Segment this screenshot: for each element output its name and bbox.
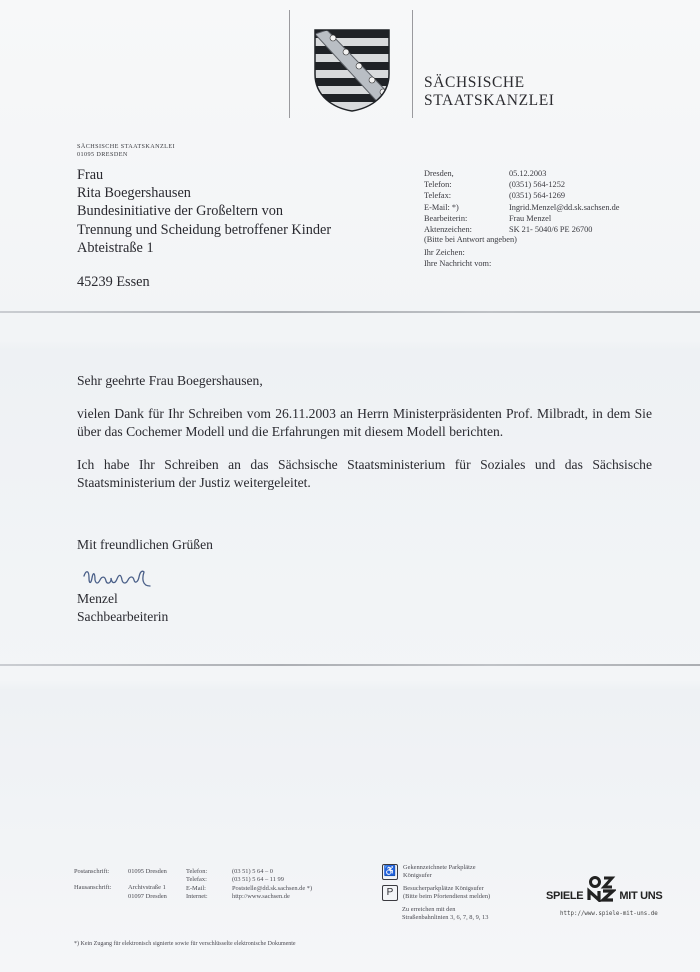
file-reference: SK 21- 5040/6 PE 26700 [509,224,592,235]
recipient-city: 45239 Essen [77,273,331,291]
parking-icon: P [382,885,398,901]
letter-body: Sehr geehrte Frau Boegershausen, vielen … [77,372,652,506]
recipient-org: Trennung und Scheidung betroffener Kinde… [77,221,331,239]
letter-salutation: Sehr geehrte Frau Boegershausen, [77,372,652,390]
authority-name: SÄCHSISCHE STAATSKANZLEI [424,74,555,110]
sender-return-address: Sächsische Staatskanzlei 01095 Dresden [77,143,175,158]
footer-email-link[interactable]: Poststelle@dd.sk.sachsen.de *) [232,885,312,893]
fold-line [0,311,700,313]
fold-line [0,664,700,666]
parking-info: ♿ Gekennzeichnete ParkplätzeKönigsufer P… [382,864,490,922]
recipient-salutation: Frau [77,166,331,184]
wheelchair-icon: ♿ [382,864,398,880]
closing: Mit freundlichen Grüßen [77,536,213,554]
handwritten-signature [80,566,160,592]
info-row: Bearbeiterin:Frau Menzel [424,213,619,224]
parking-item: ♿ Gekennzeichnete ParkplätzeKönigsufer [382,864,490,880]
letter-page: SÄCHSISCHE STAATSKANZLEI Sächsische Staa… [0,0,700,972]
info-row: Telefon:(0351) 564-1252 [424,179,619,190]
recipient-street: Abteistraße 1 [77,239,331,257]
signer-name: Menzel [77,590,168,608]
recipient-org: Bundesinitiative der Großeltern von [77,202,331,220]
info-row: Ihr Zeichen: [424,247,619,258]
footer-website-link[interactable]: http://www.sachsen.de [232,893,290,901]
footer-contacts: Telefon:(03 51) 5 64 – 0 Telefax:(03 51)… [186,868,312,902]
letter-date: 05.12.2003 [509,168,546,179]
info-row: Telefax:(0351) 564-1269 [424,190,619,201]
header-divider [412,10,413,118]
info-row: Dresden,05.12.2003 [424,168,619,179]
spiele-mit-uns-logo-icon [586,876,616,902]
footnote: *) Kein Zugang für elektronisch signiert… [74,940,296,948]
signer-title: Sachbearbeiterin [77,608,168,626]
footer-addresses: Postanschrift:01095 Dresden Hausanschrif… [74,868,167,901]
coat-of-arms-icon [313,28,391,112]
reference-info: Dresden,05.12.2003 Telefon:(0351) 564-12… [424,168,619,270]
reference-note: (Bitte bei Antwort angeben) [424,235,619,247]
signer-block: Menzel Sachbearbeiterin [77,590,168,626]
header-divider [289,10,290,118]
info-row: Aktenzeichen:SK 21- 5040/6 PE 26700 [424,224,619,235]
campaign-url[interactable]: http://www.spiele-mit-uns.de [560,911,666,917]
paragraph: vielen Dank für Ihr Schreiben vom 26.11.… [77,405,652,441]
email-link[interactable]: Ingrid.Menzel@dd.sk.sachsen.de [509,202,619,213]
tram-info: Zu erreichen mit den Straßenbahnlinien 3… [402,906,490,922]
info-row: Ihre Nachricht vom: [424,258,619,269]
info-row: E-Mail: *)Ingrid.Menzel@dd.sk.sachsen.de [424,202,619,213]
recipient-name: Rita Boegershausen [77,184,331,202]
campaign-logo: SPIELE MIT UNS http://www.spiele-mit-uns… [546,876,666,917]
paragraph: Ich habe Ihr Schreiben an das Sächsische… [77,456,652,492]
recipient-address: Frau Rita Boegershausen Bundesinitiative… [77,166,331,291]
parking-item: P Besucherparkplätze Königsufer(Bitte be… [382,885,490,901]
